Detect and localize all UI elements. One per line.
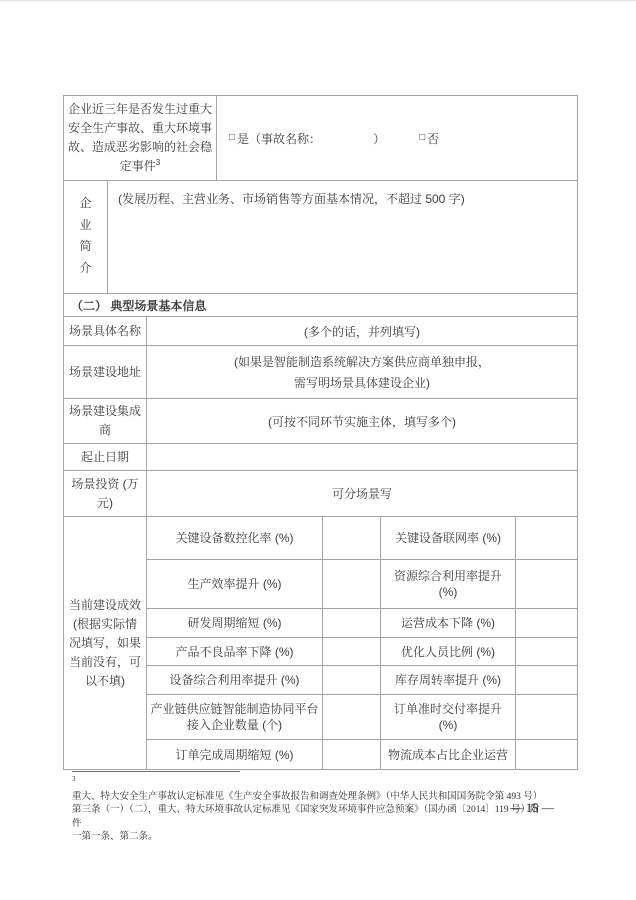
scene-name-row: 场景具体名称 (多个的话，并列填写)	[64, 317, 577, 346]
metric-label: 产品不良品率下降 (%)	[147, 638, 323, 665]
footnote: 3 重大、特大安全生产事故认定标准见《生产安全事故报告和调查处理条例》（中华人民…	[72, 777, 547, 845]
effects-label-line: 当前没有，可	[69, 653, 141, 672]
yes-checkbox-icon: □	[229, 132, 235, 143]
current-effects-label: 当前建设成效 (根据实际情 况填写，如果 当前没有，可 以不填)	[64, 517, 147, 769]
metric-value-blank	[323, 740, 381, 769]
footnote-separator	[72, 771, 240, 772]
scene-name-label: 场景具体名称	[64, 317, 147, 345]
metric-label: 库存周转率提升 (%)	[381, 666, 516, 694]
company-profile-row: 企 业 简 介 (发展历程、主营业务、市场销售等方面基本情况，不超过 500 字…	[64, 181, 577, 294]
effects-row: 订单完成周期缩短 (%) 物流成本占比企业运营	[147, 740, 577, 769]
company-profile-label: 企 业 简 介	[64, 181, 108, 293]
metric-value-blank	[516, 517, 577, 559]
scene-investment-hint: 可分场景写	[147, 471, 577, 516]
metric-label: 产业链供应链智能制造协同平台接入企业数量 (个)	[147, 695, 323, 739]
date-range-blank	[147, 444, 577, 470]
page-number: — 15 —	[510, 801, 554, 816]
metric-label: 关键设备联网率 (%)	[381, 517, 516, 559]
effects-row: 设备综合利用率提升 (%) 库存周转率提升 (%)	[147, 666, 577, 695]
document-page: 企业近三年是否发生过重大安全生产事故、重大环境事故、造成恶劣影响的社会稳定事件3…	[0, 0, 636, 900]
metric-value-blank	[323, 517, 381, 559]
application-form-table: 企业近三年是否发生过重大安全生产事故、重大环境事故、造成恶劣影响的社会稳定事件3…	[63, 95, 578, 770]
metric-label: 生产效率提升 (%)	[147, 560, 323, 608]
metric-label: 研发周期缩短 (%)	[147, 609, 323, 637]
metric-label: 关键设备数控化率 (%)	[147, 517, 323, 559]
metric-value-blank	[516, 638, 577, 665]
effects-metrics-grid: 关键设备数控化率 (%) 关键设备联网率 (%) 生产效率提升 (%) 资源综合…	[147, 517, 577, 769]
effects-row: 研发周期缩短 (%) 运营成本下降 (%)	[147, 609, 577, 638]
metric-value-blank	[516, 560, 577, 608]
effects-row: 生产效率提升 (%) 资源综合利用率提升(%)	[147, 560, 577, 609]
profile-label-char: 企	[79, 194, 91, 211]
profile-label-char: 简	[79, 237, 91, 254]
scene-integrator-label: 场景建设集成商	[64, 399, 147, 443]
paren-close: ）	[373, 130, 385, 147]
metric-value-blank	[516, 609, 577, 637]
footnote-line2: 第三条（一）（二），重大、特大环境事故认定标准见《国家突发环境事件应急预案》（国…	[72, 804, 547, 831]
effects-label-line: 况填写，如果	[69, 634, 141, 653]
metric-label: 订单完成周期缩短 (%)	[147, 740, 323, 769]
accident-question-text: 企业近三年是否发生过重大安全生产事故、重大环境事故、造成恶劣影响的社会稳定事件	[68, 102, 212, 173]
metric-label: 资源综合利用率提升(%)	[381, 560, 516, 608]
page-top-edge	[0, 0, 636, 1]
footnote-ref-mark: 3	[72, 775, 76, 783]
effects-row: 产品不良品率下降 (%) 优化人员比例 (%)	[147, 638, 577, 666]
date-range-row: 起止日期	[64, 444, 577, 471]
no-option-label: 否	[427, 130, 439, 147]
metric-label: 设备综合利用率提升 (%)	[147, 666, 323, 694]
scene-investment-label: 场景投资 (万元)	[64, 471, 147, 516]
metric-value-blank	[323, 560, 381, 608]
footnote-reference-mark: 3	[156, 158, 160, 167]
yes-option-label: 是（事故名称：	[237, 130, 321, 147]
metric-label: 优化人员比例 (%)	[381, 638, 516, 665]
effects-label-line: (根据实际情	[73, 615, 137, 634]
metric-value-blank	[516, 666, 577, 694]
effects-row: 产业链供应链智能制造协同平台接入企业数量 (个) 订单准时交付率提升(%)	[147, 695, 577, 740]
metric-label: 订单准时交付率提升(%)	[381, 695, 516, 739]
scene-address-hint: (如果是智能制造系统解决方案供应商单独申报， 需写明场景具体建设企业)	[147, 346, 577, 398]
metric-value-blank	[323, 609, 381, 637]
footnote-line1: 3 重大、特大安全生产事故认定标准见《生产安全事故报告和调查处理条例》（中华人民…	[72, 777, 547, 804]
metric-value-blank	[323, 695, 381, 739]
section-header-row: （二） 典型场景基本信息	[64, 294, 577, 317]
metric-value-blank	[323, 638, 381, 665]
effects-row: 关键设备数控化率 (%) 关键设备联网率 (%)	[147, 517, 577, 560]
scene-integrator-row: 场景建设集成商 (可按不同环节实施主体，填写多个)	[64, 399, 577, 444]
metric-value-blank	[516, 740, 577, 769]
section-title: （二） 典型场景基本信息	[64, 294, 577, 316]
profile-label-char: 业	[79, 216, 91, 233]
current-effects-row: 当前建设成效 (根据实际情 况填写，如果 当前没有，可 以不填) 关键设备数控化…	[64, 517, 577, 769]
profile-label-char: 介	[79, 259, 91, 276]
company-profile-hint: (发展历程、主营业务、市场销售等方面基本情况，不超过 500 字)	[108, 181, 577, 293]
metric-label: 物流成本占比企业运营	[381, 740, 516, 769]
scene-address-row: 场景建设地址 (如果是智能制造系统解决方案供应商单独申报， 需写明场景具体建设企…	[64, 346, 577, 399]
effects-label-line: 以不填)	[85, 672, 125, 691]
accident-options-cell: □ 是（事故名称： ） □ 否	[217, 96, 577, 180]
scene-address-hint-line1: (如果是智能制造系统解决方案供应商单独申报，	[147, 353, 577, 370]
effects-label-line: 当前建设成效	[69, 596, 141, 615]
metric-label: 运营成本下降 (%)	[381, 609, 516, 637]
accident-question-label: 企业近三年是否发生过重大安全生产事故、重大环境事故、造成恶劣影响的社会稳定事件3	[64, 96, 217, 180]
scene-integrator-hint: (可按不同环节实施主体，填写多个)	[147, 399, 577, 443]
date-range-label: 起止日期	[64, 444, 147, 470]
footnote-line3: 一第一条、第二条。	[72, 831, 547, 845]
scene-address-hint-line2: 需写明场景具体建设企业)	[147, 374, 577, 391]
no-checkbox-icon: □	[419, 132, 425, 143]
accident-question-row: 企业近三年是否发生过重大安全生产事故、重大环境事故、造成恶劣影响的社会稳定事件3…	[64, 96, 577, 181]
scene-investment-row: 场景投资 (万元) 可分场景写	[64, 471, 577, 517]
metric-value-blank	[323, 666, 381, 694]
metric-value-blank	[516, 695, 577, 739]
scene-address-label: 场景建设地址	[64, 346, 147, 398]
scene-name-hint: (多个的话，并列填写)	[147, 317, 577, 345]
